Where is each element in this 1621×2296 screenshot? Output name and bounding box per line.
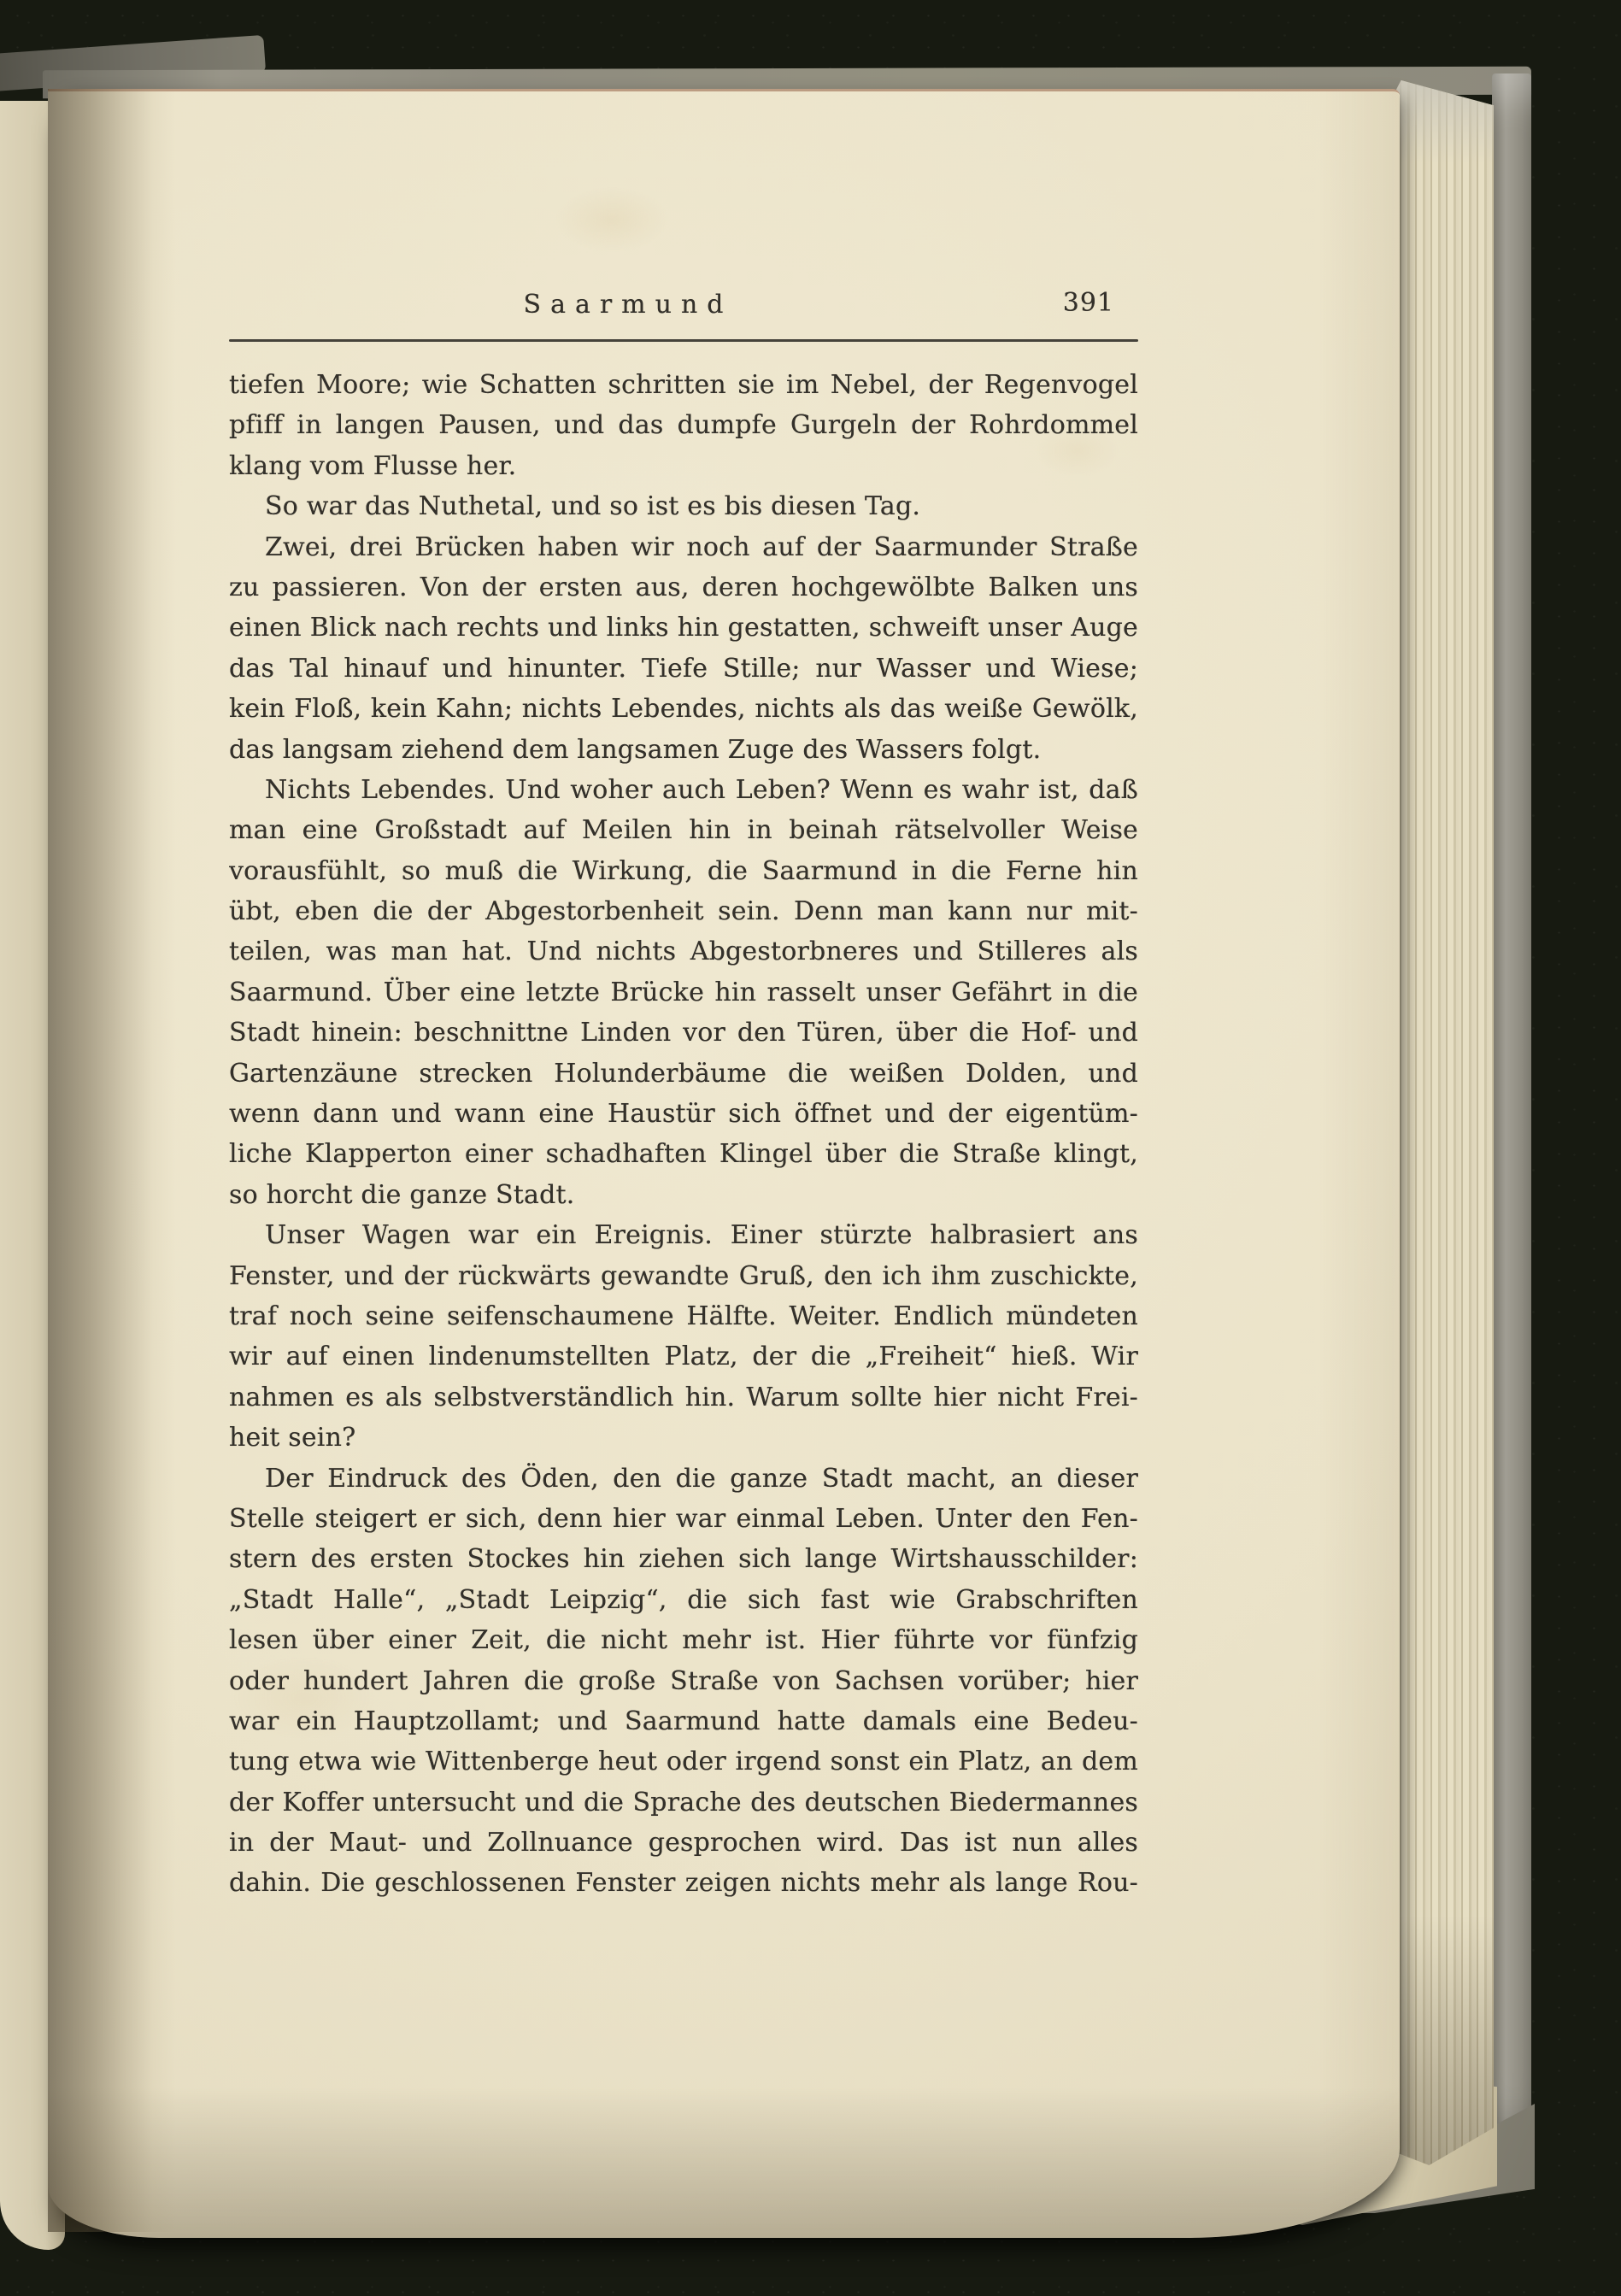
text-line: Fenster, und der rückwärts gewandte Gruß… <box>229 1256 1138 1296</box>
text-line: teilen, was man hat. Und nichts Abgestor… <box>229 931 1138 972</box>
text-line: klang vom Flusse her. <box>229 446 1138 486</box>
paragraph: tiefen Moore; wie Schatten schritten sie… <box>229 365 1138 486</box>
text-line: pfiff in langen Pausen, und das dumpfe G… <box>229 405 1138 445</box>
book-photo: Saarmund 391 tiefen Moore; wie Schatten … <box>0 0 1621 2296</box>
running-head-title: Saarmund <box>229 290 1027 320</box>
paragraph: Unser Wagen war ein Ereignis. Einer stür… <box>229 1215 1138 1458</box>
text-line: liche Klapperton einer schadhaften Kling… <box>229 1134 1138 1174</box>
text-line: einen Blick nach rechts und links hin ge… <box>229 608 1138 648</box>
text-line: nahmen es als selbstverständlich hin. Wa… <box>229 1377 1138 1418</box>
text-line: zu passieren. Von der ersten aus, deren … <box>229 567 1138 608</box>
text-line: dahin. Die geschlossenen Fenster zeigen … <box>229 1863 1138 1903</box>
text-line: Nichts Lebendes. Und woher auch Leben? W… <box>229 770 1138 810</box>
text-block: tiefen Moore; wie Schatten schritten sie… <box>229 365 1138 1904</box>
text-line: traf noch seine seifenschaumene Hälfte. … <box>229 1296 1138 1336</box>
text-line: war ein Hauptzollamt; und Saarmund hatte… <box>229 1701 1138 1741</box>
text-line: man eine Großstadt auf Meilen hin in bei… <box>229 810 1138 850</box>
text-line: Der Eindruck des Öden, den die ganze Sta… <box>229 1459 1138 1499</box>
paragraph: So war das Nuthetal, und so ist es bis d… <box>229 486 1138 526</box>
paragraph: Nichts Lebendes. Und woher auch Leben? W… <box>229 770 1138 1215</box>
text-line: in der Maut- und Zollnuance gesprochen w… <box>229 1823 1138 1863</box>
text-line: der Koffer untersucht und die Sprache de… <box>229 1782 1138 1823</box>
text-line: Zwei, drei Brücken haben wir noch auf de… <box>229 527 1138 567</box>
text-line: lesen über einer Zeit, die nicht mehr is… <box>229 1620 1138 1660</box>
text-line: kein Floß, kein Kahn; nichts Lebendes, n… <box>229 689 1138 729</box>
text-line: das Tal hinauf und hinunter. Tiefe Still… <box>229 649 1138 689</box>
book-cover-right-edge <box>1492 73 1531 2169</box>
text-line: so horcht die ganze Stadt. <box>229 1175 1138 1215</box>
text-line: „Stadt Halle“, „Stadt Leipzig“, die sich… <box>229 1580 1138 1620</box>
printed-area: Saarmund 391 tiefen Moore; wie Schatten … <box>229 288 1138 343</box>
text-line: Stadt hinein: beschnittne Linden vor den… <box>229 1013 1138 1053</box>
text-line: wenn dann und wann eine Haustür sich öff… <box>229 1094 1138 1134</box>
text-line: So war das Nuthetal, und so ist es bis d… <box>229 486 1138 526</box>
paragraph: Zwei, drei Brücken haben wir noch auf de… <box>229 527 1138 770</box>
page-header: Saarmund 391 <box>229 288 1138 343</box>
text-line: oder hundert Jahren die große Straße von… <box>229 1661 1138 1701</box>
text-line: Gartenzäune strecken Holunderbäume die w… <box>229 1054 1138 1094</box>
text-line: Unser Wagen war ein Ereignis. Einer stür… <box>229 1215 1138 1255</box>
text-line: das langsam ziehend dem langsamen Zuge d… <box>229 730 1138 770</box>
text-line: heit sein? <box>229 1418 1138 1458</box>
page-stack-fore-edge <box>1386 80 1494 2165</box>
text-line: stern des ersten Stockes hin ziehen sich… <box>229 1539 1138 1579</box>
page-number: 391 <box>1063 288 1114 318</box>
text-line: tung etwa wie Wittenberge heut oder irge… <box>229 1741 1138 1782</box>
header-rule <box>229 339 1138 342</box>
text-line: tiefen Moore; wie Schatten schritten sie… <box>229 365 1138 405</box>
text-line: Stelle steigert er sich, denn hier war e… <box>229 1499 1138 1539</box>
text-line: vorausfühlt, so muß die Wirkung, die Saa… <box>229 851 1138 891</box>
book-page: Saarmund 391 tiefen Moore; wie Schatten … <box>48 89 1400 2238</box>
text-line: übt, eben die der Abgestorbenheit sein. … <box>229 891 1138 931</box>
paragraph: Der Eindruck des Öden, den die ganze Sta… <box>229 1459 1138 1904</box>
text-line: Saarmund. Über eine letzte Brücke hin ra… <box>229 972 1138 1013</box>
text-line: wir auf einen lindenumstellten Platz, de… <box>229 1336 1138 1377</box>
